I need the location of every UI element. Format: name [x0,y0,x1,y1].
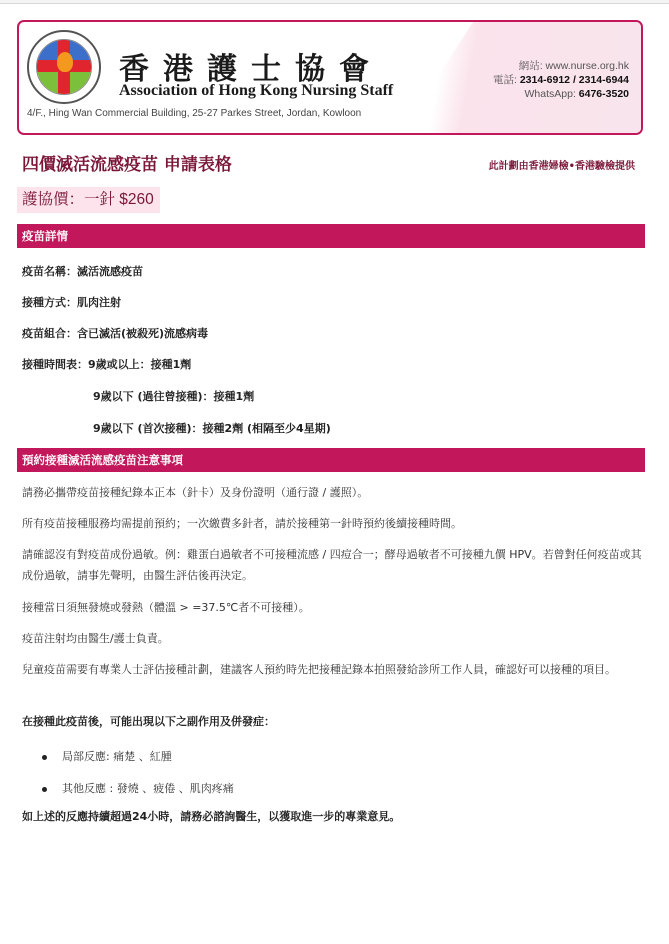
contact-info: 網站: www.nurse.org.hk 電話: 2314-6912 / 231… [493,59,629,101]
notice-paragraph: 所有疫苗接種服務均需提前預約；一次繳費多針者，請於接種第一針時預約後續接種時間。 [22,513,644,534]
section-header-notices: 預約接種滅活流感疫苗注意事項 [17,448,645,472]
side-effect-text: 局部反應: 痛楚 、紅腫 [62,750,172,763]
section-header-details: 疫苗詳情 [17,224,645,248]
whatsapp-row: WhatsApp: 6476-3520 [493,87,629,101]
whatsapp-number: 6476-3520 [579,88,629,100]
phone-label: 電話: [493,74,517,86]
phone-row: 電話: 2314-6912 / 2314-6944 [493,73,629,87]
side-effect-item: 局部反應: 痛楚 、紅腫 [42,748,172,764]
detail-method: 接種方式：肌肉注射 [22,294,121,310]
side-effect-text: 其他反應 : 發燒 、疲倦 、肌肉疼痛 [62,782,234,795]
page-title: 四價滅活流感疫苗 申請表格 [22,150,232,175]
website-link[interactable]: www.nurse.org.hk [546,60,629,72]
notice-paragraph: 接種當日須無發燒或發熱（體溫 > =37.5℃者不可接種）。 [22,597,644,618]
logo-emblem [36,39,92,95]
side-effect-item: 其他反應 : 發燒 、疲倦 、肌肉疼痛 [42,780,234,796]
website-row: 網站: www.nurse.org.hk [493,59,629,73]
notice-paragraph: 兒童疫苗需要有專業人士評估接種計劃，建議客人預約時先把接種記錄本拍照發給診所工作… [22,659,644,680]
bullet-icon [42,787,47,792]
detail-composition: 疫苗組合：含已滅活(被殺死)流感病毒 [22,325,208,341]
closing-advice: 如上述的反應持續超過24小時，請務必諮詢醫生，以獲取進一步的專業意見。 [22,806,644,827]
notice-paragraph: 請確認沒有對疫苗成份過敏。例：雞蛋白過敏者不可接種流感 / 四痘合一；酵母過敏者… [22,544,644,586]
detail-schedule-under9-first: 9歲以下 (首次接種)：接種2劑 (相隔至少4星期) [93,420,331,436]
detail-schedule-under9-prior: 9歲以下 (過往曾接種)：接種1劑 [93,388,254,404]
sponsor-note: 此計劃由香港婦檢•香港驗檢提供 [489,157,635,172]
price-badge: 護協價：一針 $260 [17,187,160,213]
notice-paragraph: 請務必攜帶疫苗接種紀錄本正本（針卡）及身份證明（通行證 / 護照）。 [22,482,644,503]
top-divider [0,0,669,4]
side-effects-intro: 在接種此疫苗後，可能出現以下之副作用及併發症： [22,711,644,732]
association-logo-icon [27,30,101,104]
bullet-icon [42,755,47,760]
letterhead: 香港護士協會 Association of Hong Kong Nursing … [17,20,643,135]
detail-vaccine-name: 疫苗名稱：滅活流感疫苗 [22,263,143,279]
phone-number: 2314-6912 / 2314-6944 [520,74,629,86]
org-name-english: Association of Hong Kong Nursing Staff [119,82,393,100]
notice-paragraph: 疫苗注射均由醫生/護士負責。 [22,628,644,649]
detail-schedule: 接種時間表：9歲或以上：接種1劑 [22,356,191,372]
org-address: 4/F., Hing Wan Commercial Building, 25-2… [27,108,361,119]
flame-icon [57,52,73,72]
whatsapp-label: WhatsApp: [525,88,576,100]
website-label: 網站: [519,60,543,72]
